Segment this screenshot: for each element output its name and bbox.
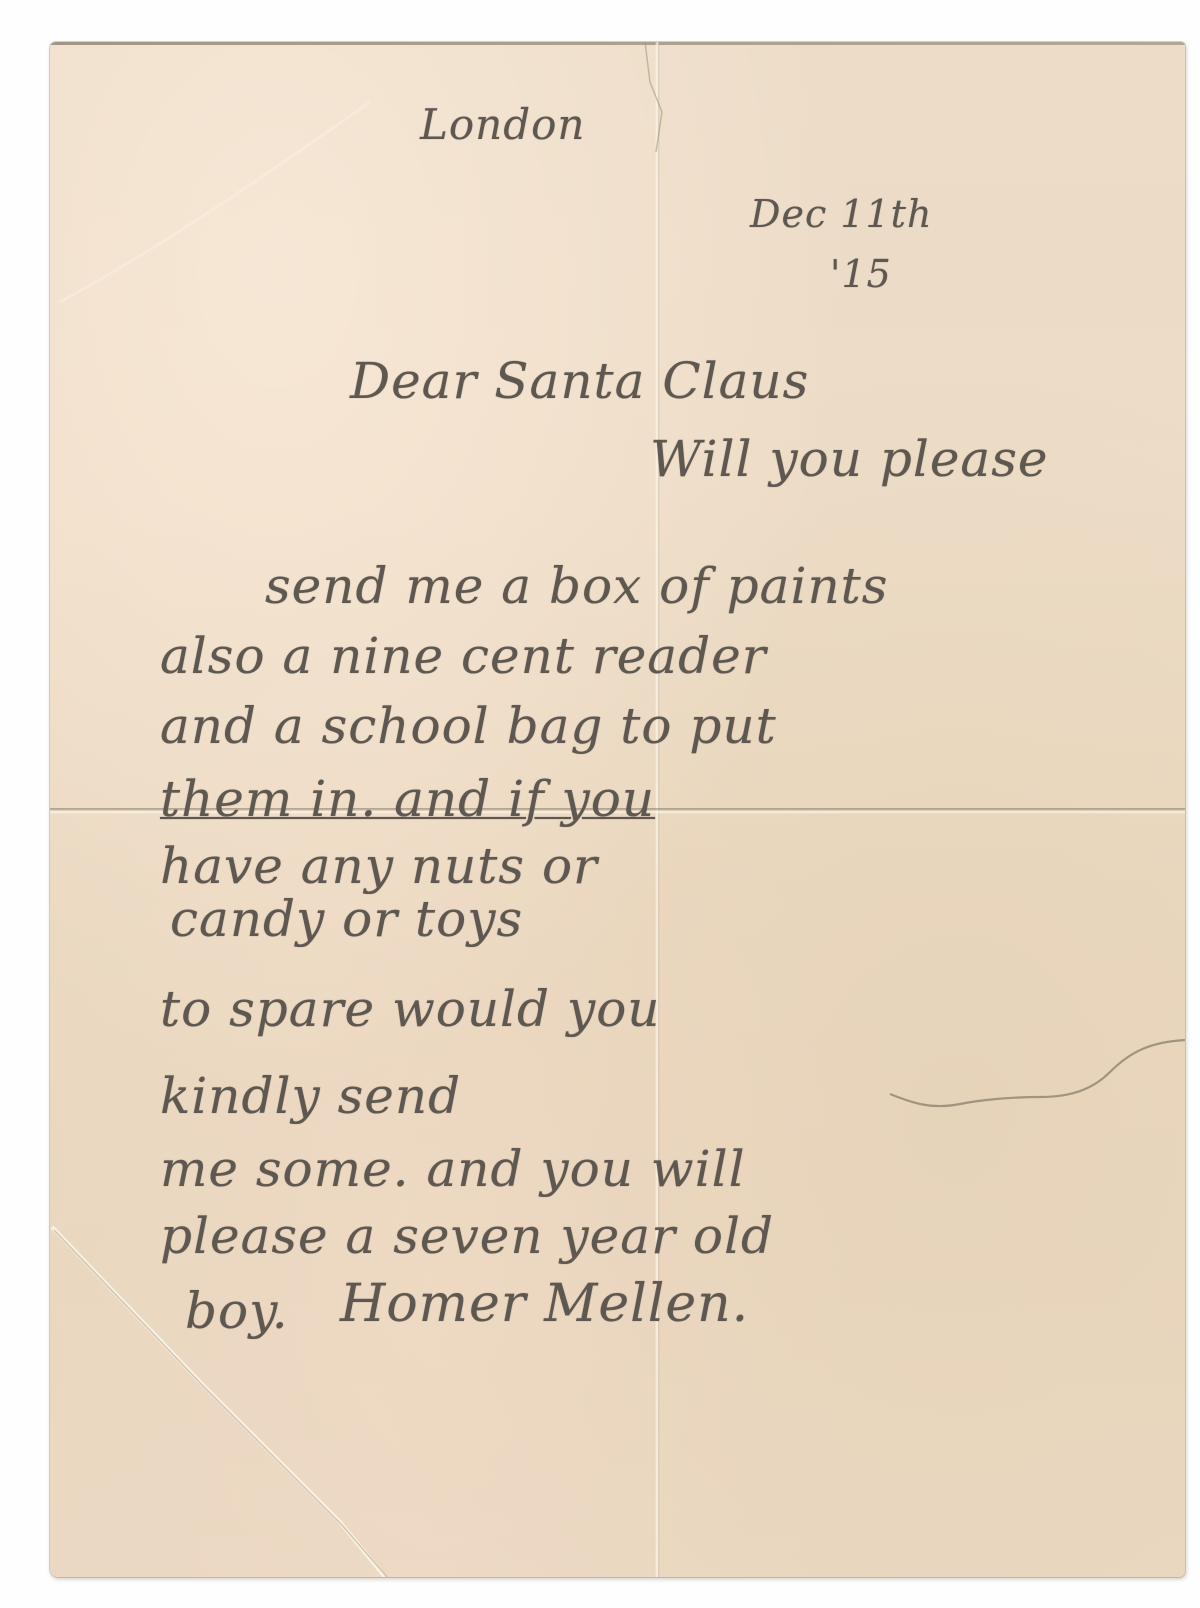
letter-body-line: and a school bag to put bbox=[160, 697, 777, 755]
letter-body-line: me some. and you will bbox=[160, 1140, 746, 1198]
letter-date-line2: '15 bbox=[830, 252, 892, 296]
letter-body-line: candy or toys bbox=[170, 890, 523, 948]
letter-body-line: please a seven year old bbox=[160, 1207, 774, 1265]
letter-body-line: also a nine cent reader bbox=[160, 627, 767, 685]
letter-body-line: them in. and if you bbox=[160, 770, 655, 828]
letter-closing: boy. bbox=[185, 1282, 289, 1340]
letter-place: London bbox=[420, 100, 585, 149]
letter-paper: London Dec 11th '15 Dear Santa Claus Wil… bbox=[50, 42, 1185, 1577]
letter-body-line: have any nuts or bbox=[160, 837, 598, 895]
letter-date-line1: Dec 11th bbox=[750, 192, 932, 236]
letter-body-line: send me a box of paints bbox=[265, 557, 888, 615]
letter-body-line: to spare would you bbox=[160, 980, 661, 1038]
letter-photo: London Dec 11th '15 Dear Santa Claus Wil… bbox=[0, 0, 1200, 1608]
letter-body-line: Will you please bbox=[650, 430, 1048, 488]
letter-signature: Homer Mellen. bbox=[340, 1274, 749, 1334]
letter-salutation: Dear Santa Claus bbox=[350, 352, 809, 410]
letter-body-line: kindly send bbox=[160, 1067, 461, 1125]
